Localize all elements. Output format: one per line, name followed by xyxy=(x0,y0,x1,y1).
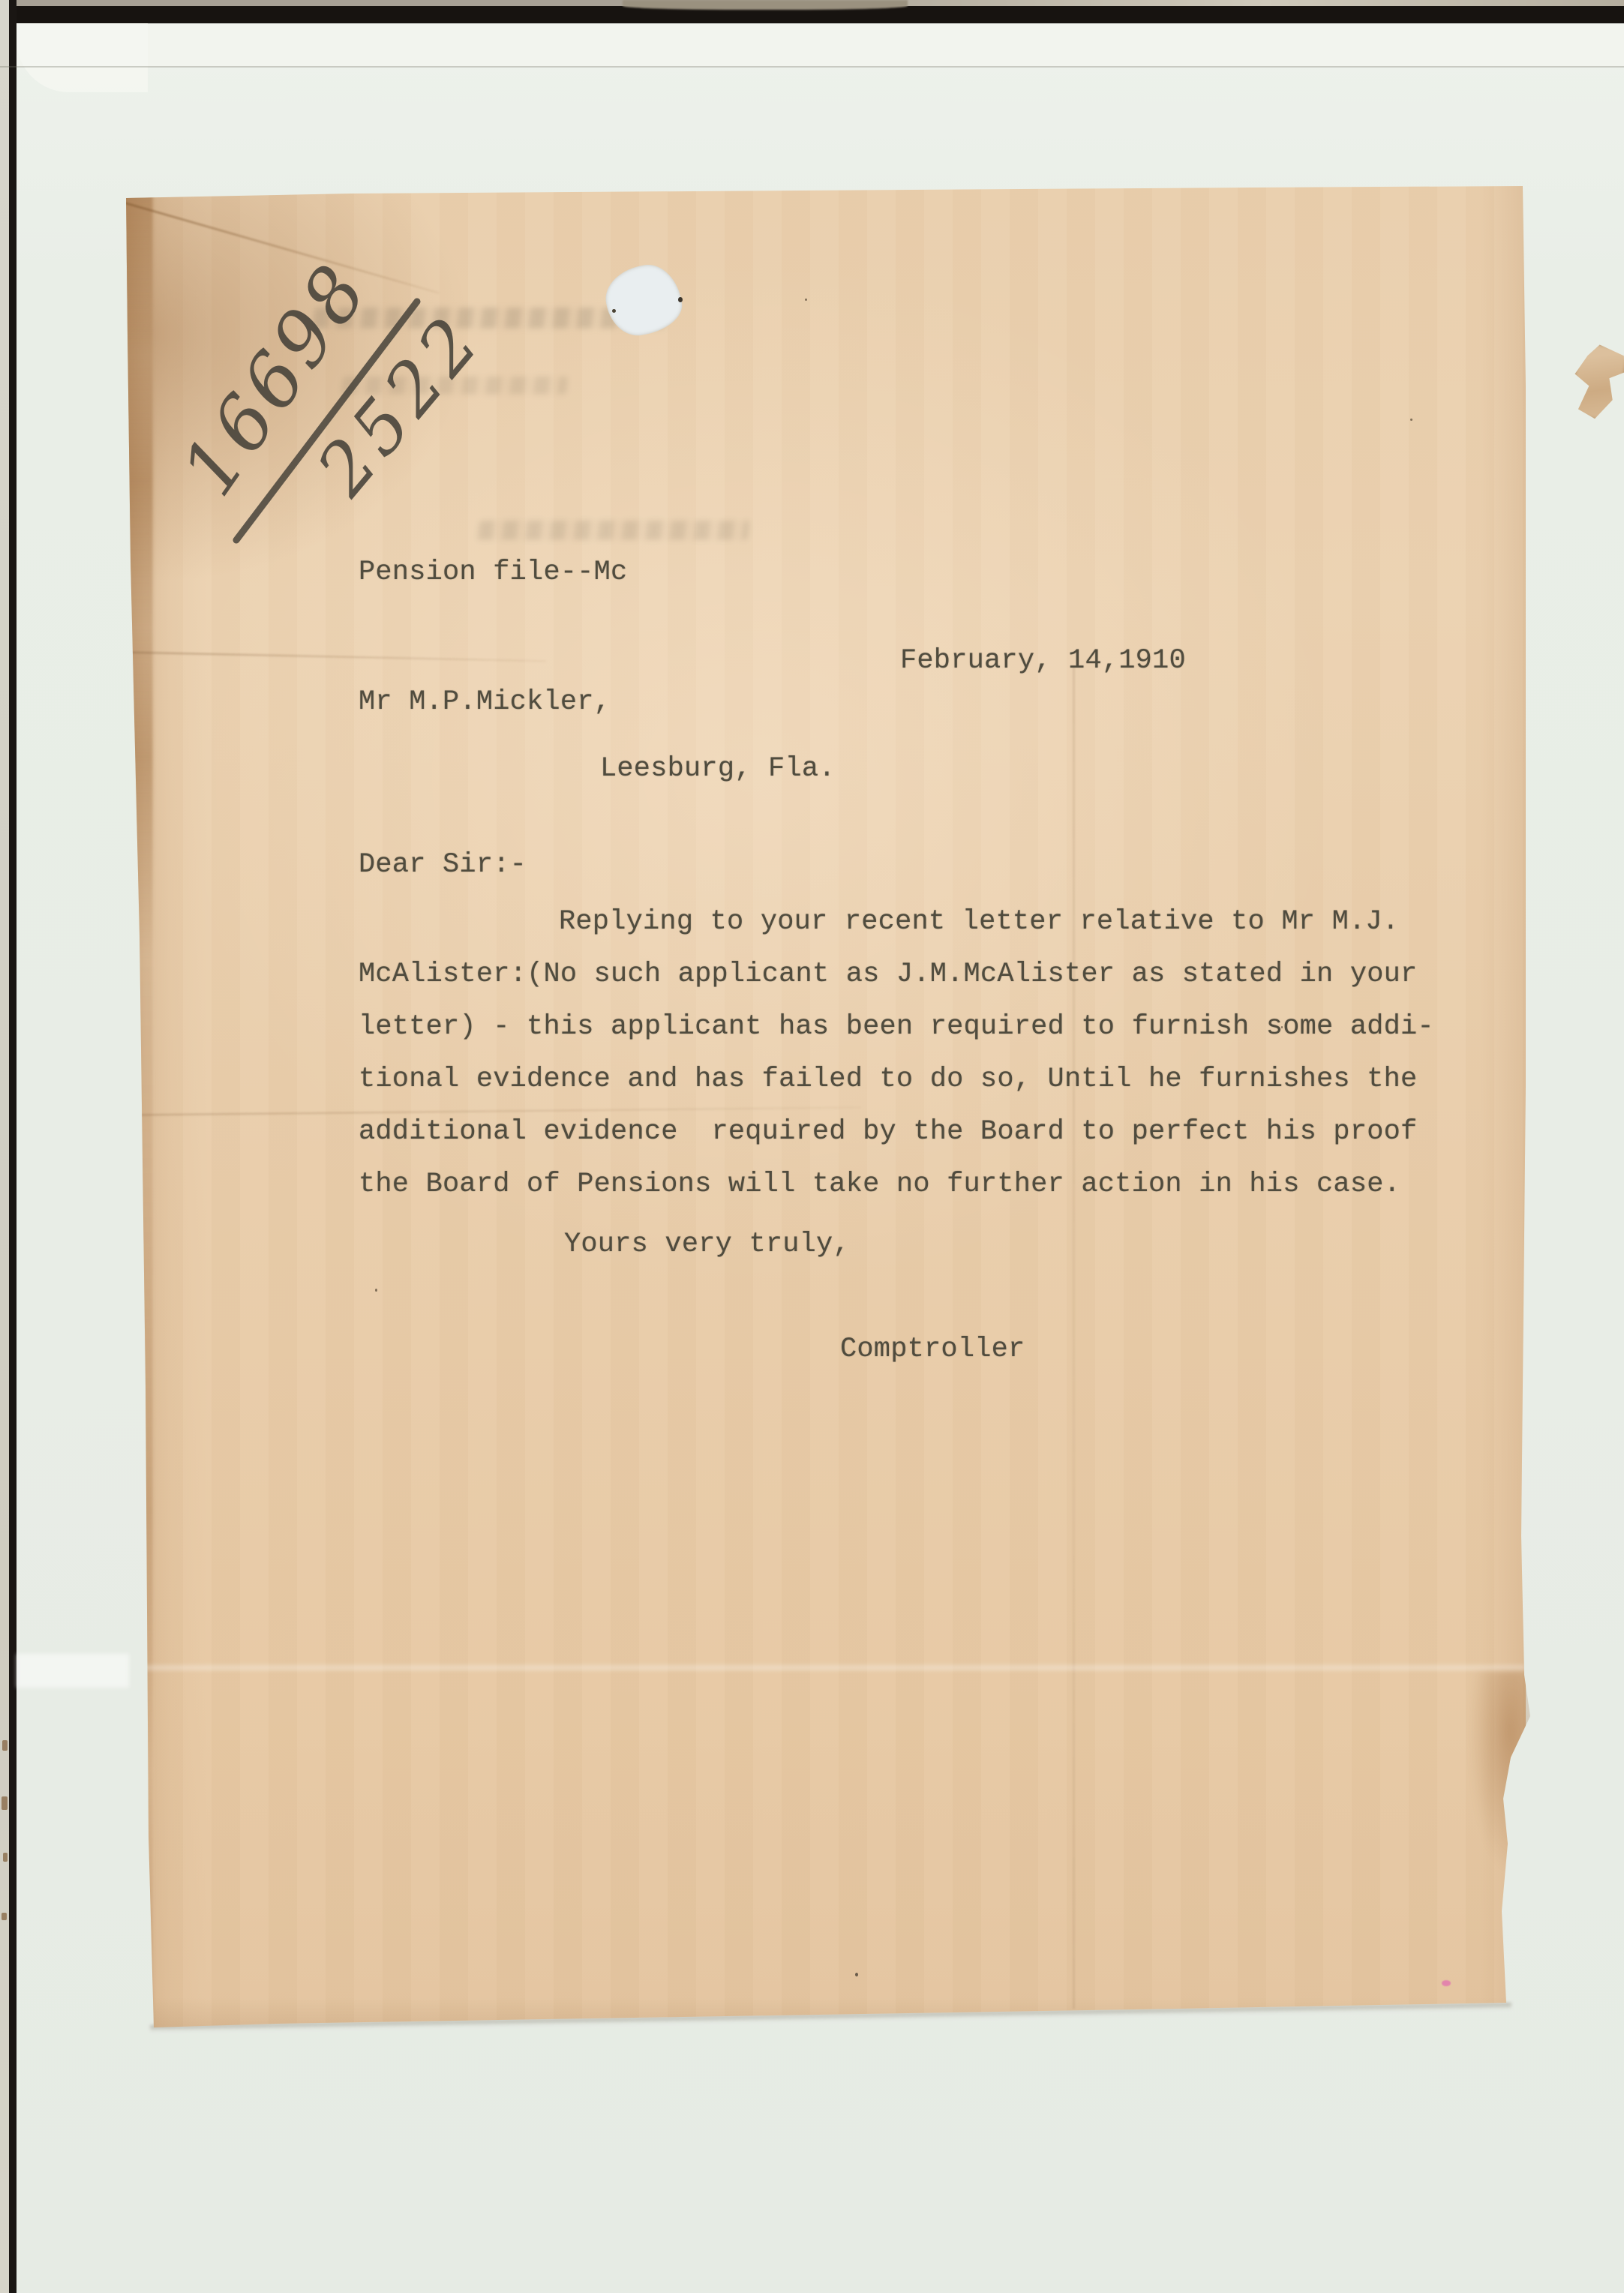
letter-paper: 16698 2522 Pension file--Mc February, 14… xyxy=(126,186,1526,2027)
right-edge-tear-stain xyxy=(1469,1671,1538,1874)
body-line: the Board of Pensions will take no furth… xyxy=(359,1169,1400,1200)
paper-speck xyxy=(855,1973,858,1976)
paper-torn-left-edge xyxy=(123,186,153,2027)
signature-title-line: Comptroller xyxy=(840,1334,1025,1365)
closing-line: Yours very truly, xyxy=(564,1229,850,1260)
scanner-seam-line xyxy=(0,66,1624,68)
file-reference-line: Pension file--Mc xyxy=(359,557,627,588)
left-edge-speck xyxy=(2,1913,7,1920)
paper-crease-vertical xyxy=(1073,666,1075,2009)
paper-crease-horizontal-2 xyxy=(126,1106,861,1116)
paper-speck xyxy=(1281,1026,1283,1028)
body-line: Replying to your recent letter relative … xyxy=(559,906,1399,938)
scanner-backing-top-strip xyxy=(17,23,1624,67)
background-light-band xyxy=(17,1654,129,1688)
paper-speck xyxy=(805,299,807,301)
scanned-letter-page: 16698 2522 Pension file--Mc February, 14… xyxy=(0,0,1624,2293)
pink-mark xyxy=(1442,1980,1451,1986)
left-edge-speck xyxy=(2,1796,8,1810)
paper-speck xyxy=(1410,419,1412,421)
left-edge-speck xyxy=(2,1740,8,1751)
scan-top-border-gap xyxy=(623,0,908,10)
scan-left-border xyxy=(9,0,17,2293)
paper-crease-horizontal-1 xyxy=(126,651,546,662)
recipient-name-line: Mr M.P.Mickler, xyxy=(359,686,611,718)
hole-edge-speck xyxy=(678,297,683,302)
body-line: McAlister:(No such applicant as J.M.McAl… xyxy=(359,959,1417,990)
recipient-address-line: Leesburg, Fla. xyxy=(600,753,836,785)
left-edge-speck xyxy=(3,1853,8,1862)
handwritten-file-number: 16698 2522 xyxy=(171,224,621,584)
paper-crease-light-band xyxy=(126,1665,1526,1670)
salutation-line: Dear Sir:- xyxy=(359,849,527,881)
paper-scrap-fragment xyxy=(1567,341,1624,422)
body-line: letter) - this applicant has been requir… xyxy=(359,1011,1434,1043)
body-line: tional evidence and has failed to do so,… xyxy=(359,1064,1417,1095)
body-line: additional evidence required by the Boar… xyxy=(359,1116,1417,1148)
date-line: February, 14,1910 xyxy=(900,645,1186,677)
paper-speck xyxy=(375,1289,377,1292)
backing-sheet-corner xyxy=(17,23,148,92)
